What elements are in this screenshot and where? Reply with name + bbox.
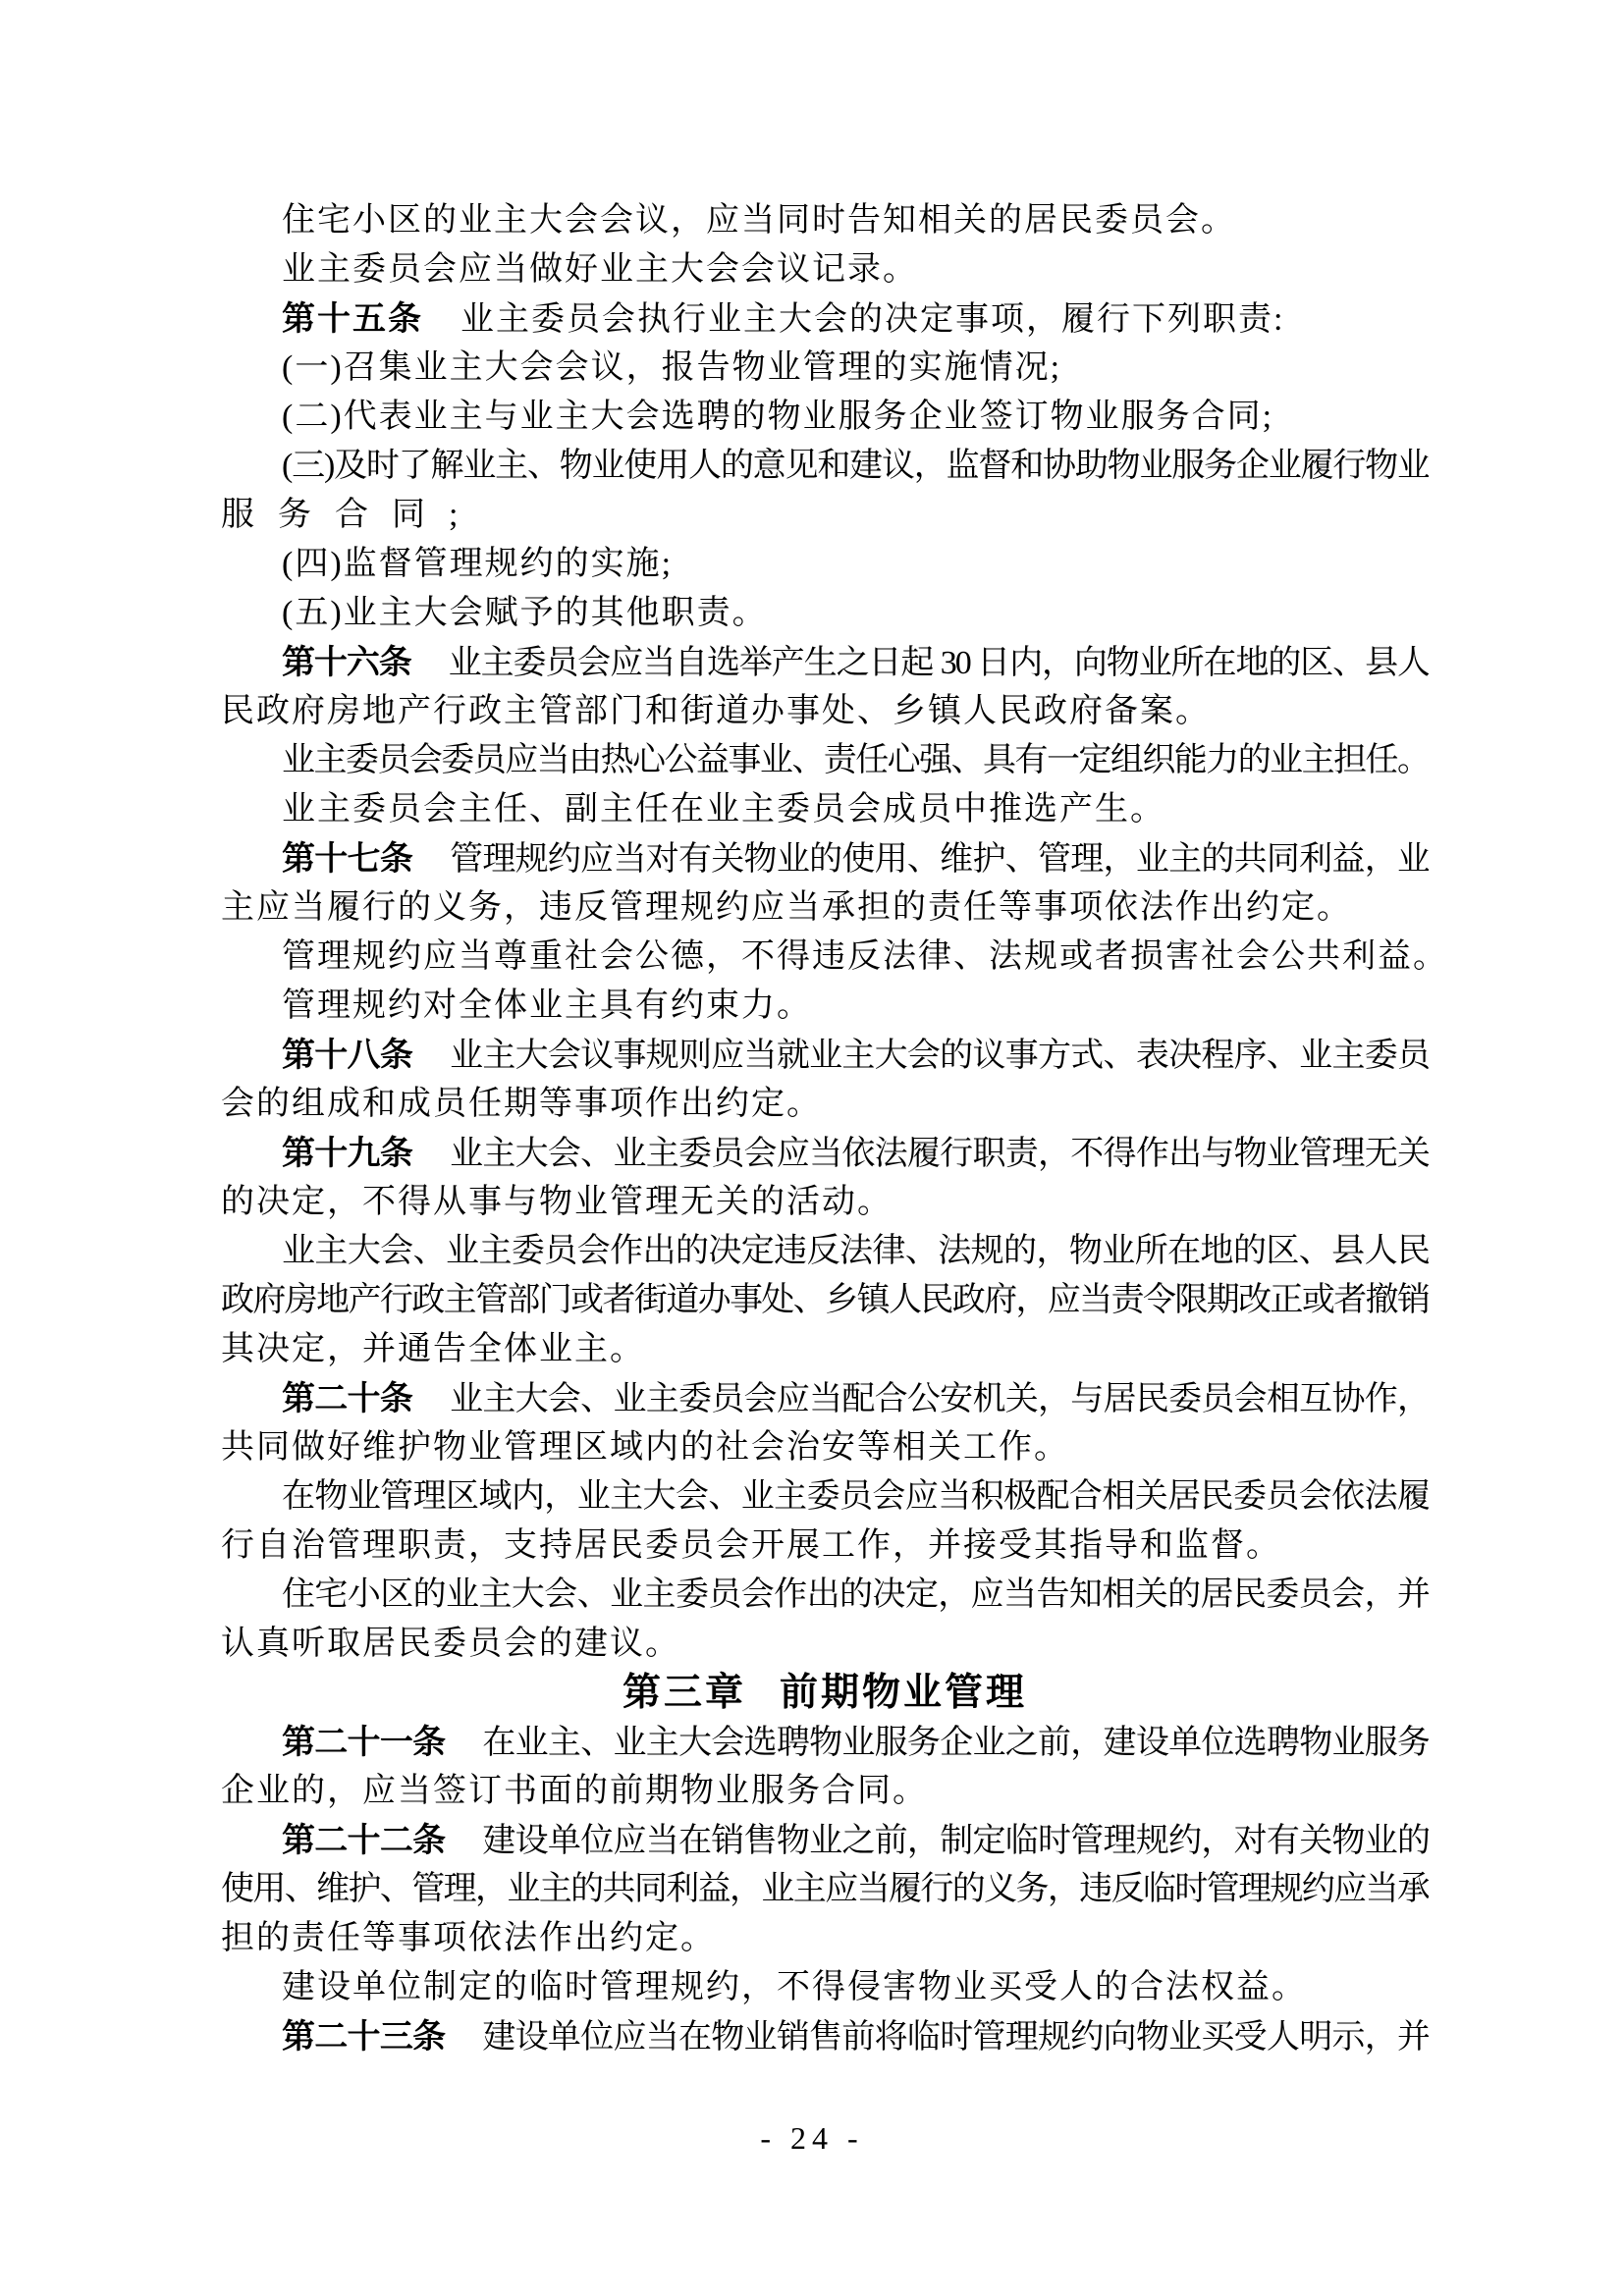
line-text: 业主大会、业主委员会作出的决定违反法律、法规的，物业所在地的区、县人民 (282, 1233, 1429, 1269)
text-line: 第二十一条在业主、业主大会选聘物业服务企业之前，建设单位选聘物业服务 (221, 1718, 1429, 1767)
text-line: 住宅小区的业主大会、业主委员会作出的决定，应当告知相关的居民委员会，并 (221, 1571, 1429, 1620)
text-line: 管理规约应当尊重社会公德，不得违反法律、法规或者损害社会公共利益。 (221, 933, 1429, 982)
line-text: 业主大会、业主委员会应当依法履行职责，不得作出与物业管理无关 (450, 1136, 1429, 1172)
text-line: 第十九条业主大会、业主委员会应当依法履行职责，不得作出与物业管理无关 (221, 1129, 1429, 1178)
line-text: 管理规约应当对有关物业的使用、维护、管理，业主的共同利益，业 (450, 841, 1429, 878)
text-line: 第十七条管理规约应当对有关物业的使用、维护、管理，业主的共同利益，业 (221, 834, 1429, 883)
article-number: 第十七条 (282, 840, 412, 878)
text-line: 认真听取居民委员会的建议。 (221, 1620, 1429, 1669)
article-number: 第二十条 (282, 1380, 412, 1417)
text-line: 第二十二条建设单位应当在销售物业之前，制定临时管理规约，对有关物业的 (221, 1816, 1429, 1865)
article-number: 第十八条 (282, 1037, 412, 1074)
line-text: (四)监督管理规约的实施; (282, 546, 673, 582)
text-line: 第十八条业主大会议事规则应当就业主大会的议事方式、表决程序、业主委员 (221, 1031, 1429, 1080)
text-line: 第二十三条建设单位应当在物业销售前将临时管理规约向物业买受人明示，并 (221, 2012, 1429, 2061)
article-number: 第十五条 (282, 300, 423, 338)
line-text: 在物业管理区域内，业主大会、业主委员会应当积极配合相关居民委员会依法履 (282, 1478, 1429, 1515)
article-number: 第十六条 (282, 644, 411, 681)
line-text: (五)业主大会赋予的其他职责。 (282, 595, 768, 631)
text-line: (二)代表业主与业主大会选聘的物业服务企业签订物业服务合同; (221, 393, 1429, 442)
text-line: 共同做好维护物业管理区域内的社会治安等相关工作。 (221, 1423, 1429, 1472)
text-line: 在物业管理区域内，业主大会、业主委员会应当积极配合相关居民委员会依法履 (221, 1472, 1429, 1522)
text-line: 管理规约对全体业主具有约束力。 (221, 982, 1429, 1031)
line-text: 服务合同; (221, 497, 481, 533)
line-text: 行自治管理职责，支持居民委员会开展工作，并接受其指导和监督。 (221, 1527, 1281, 1564)
line-text: 共同做好维护物业管理区域内的社会治安等相关工作。 (221, 1429, 1069, 1466)
line-text: 管理规约对全体业主具有约束力。 (282, 988, 812, 1024)
line-text: 业主委员会主任、副主任在业主委员会成员中推选产生。 (282, 791, 1165, 828)
line-text: 建设单位应当在销售物业之前，制定临时管理规约，对有关物业的 (482, 1823, 1429, 1859)
text-line: 使用、维护、管理，业主的共同利益，业主应当履行的义务，违反临时管理规约应当承 (221, 1865, 1429, 1914)
text-line: 民政府房地产行政主管部门和街道办事处、乡镇人民政府备案。 (221, 687, 1429, 736)
text-line: (一)召集业主大会会议，报告物业管理的实施情况; (221, 344, 1429, 393)
text-line: (三)及时了解业主、物业使用人的意见和建议，监督和协助物业服务企业履行物业 (221, 442, 1429, 491)
line-text: 其决定，并通告全体业主。 (221, 1331, 645, 1367)
line-text: 业主委员会委员应当由热心公益事业、责任心强、具有一定组织能力的业主担任。 (282, 742, 1429, 778)
line-text: (二)代表业主与业主大会选聘的物业服务企业签订物业服务合同; (282, 399, 1273, 435)
chapter-heading: 第三章前期物业管理 (221, 1669, 1429, 1718)
text-line: (五)业主大会赋予的其他职责。 (221, 589, 1429, 638)
line-text: 认真听取居民委员会的建议。 (221, 1626, 680, 1662)
line-text: 前期物业管理 (780, 1672, 1027, 1714)
line-text: (一)召集业主大会会议，报告物业管理的实施情况; (282, 349, 1061, 386)
text-line: 主应当履行的义务，违反管理规约应当承担的责任等事项依法作出约定。 (221, 883, 1429, 933)
text-line: 会的组成和成员任期等事项作出约定。 (221, 1080, 1429, 1129)
text-line: 业主大会、业主委员会作出的决定违反法律、法规的，物业所在地的区、县人民 (221, 1227, 1429, 1276)
line-text: 民政府房地产行政主管部门和街道办事处、乡镇人民政府备案。 (221, 693, 1211, 729)
text-line: 服务合同; (221, 491, 1429, 540)
line-text: 企业的，应当签订书面的前期物业服务合同。 (221, 1773, 928, 1809)
text-line: 建设单位制定的临时管理规约，不得侵害物业买受人的合法权益。 (221, 1963, 1429, 2012)
line-text: 业主大会议事规则应当就业主大会的议事方式、表决程序、业主委员 (450, 1038, 1429, 1074)
text-line: 担的责任等事项依法作出约定。 (221, 1914, 1429, 1963)
text-line: 其决定，并通告全体业主。 (221, 1325, 1429, 1374)
line-text: 的决定，不得从事与物业管理无关的活动。 (221, 1184, 893, 1220)
line-text: 业主委员会应当自选举产生之日起 30 日内，向物业所在地的区、县人 (449, 645, 1429, 681)
line-text: 管理规约应当尊重社会公德，不得违反法律、法规或者损害社会公共利益。 (282, 938, 1448, 975)
article-number: 第二十二条 (282, 1822, 445, 1859)
text-line: 第二十条业主大会、业主委员会应当配合公安机关，与居民委员会相互协作， (221, 1374, 1429, 1423)
line-text: 业主委员会应当做好业主大会会议记录。 (282, 251, 918, 288)
text-line: 的决定，不得从事与物业管理无关的活动。 (221, 1178, 1429, 1227)
text-line: 企业的，应当签订书面的前期物业服务合同。 (221, 1767, 1429, 1816)
line-text: 住宅小区的业主大会会议，应当同时告知相关的居民委员会。 (282, 202, 1236, 239)
line-text: 担的责任等事项依法作出约定。 (221, 1920, 716, 1956)
line-text: 业主委员会执行业主大会的决定事项，履行下列职责: (460, 301, 1284, 338)
line-text: 住宅小区的业主大会、业主委员会作出的决定，应当告知相关的居民委员会，并 (282, 1576, 1429, 1613)
text-line: (四)监督管理规约的实施; (221, 540, 1429, 589)
line-text: 业主大会、业主委员会应当配合公安机关，与居民委员会相互协作， (450, 1381, 1429, 1417)
text-line: 业主委员会主任、副主任在业主委员会成员中推选产生。 (221, 785, 1429, 834)
article-number: 第二十三条 (282, 2018, 445, 2056)
line-text: (三)及时了解业主、物业使用人的意见和建议，监督和协助物业服务企业履行物业 (282, 448, 1429, 484)
text-line: 政府房地产行政主管部门或者街道办事处、乡镇人民政府，应当责令限期改正或者撤销 (221, 1276, 1429, 1325)
line-text: 会的组成和成员任期等事项作出约定。 (221, 1086, 822, 1122)
line-text: 主应当履行的义务，违反管理规约应当承担的责任等事项依法作出约定。 (221, 889, 1352, 926)
text-line: 第十六条业主委员会应当自选举产生之日起 30 日内，向物业所在地的区、县人 (221, 638, 1429, 687)
text-line: 住宅小区的业主大会会议，应当同时告知相关的居民委员会。 (221, 196, 1429, 245)
line-text: 建设单位应当在物业销售前将临时管理规约向物业买受人明示，并 (482, 2019, 1429, 2056)
text-line: 行自治管理职责，支持居民委员会开展工作，并接受其指导和监督。 (221, 1522, 1429, 1571)
article-number: 第十九条 (282, 1135, 412, 1172)
text-line: 第十五条业主委员会执行业主大会的决定事项，履行下列职责: (221, 294, 1429, 344)
line-text: 建设单位制定的临时管理规约，不得侵害物业买受人的合法权益。 (282, 1969, 1307, 2005)
text-block: 住宅小区的业主大会会议，应当同时告知相关的居民委员会。业主委员会应当做好业主大会… (221, 196, 1429, 2061)
line-text: 在业主、业主大会选聘物业服务企业之前，建设单位选聘物业服务 (482, 1725, 1429, 1761)
text-line: 业主委员会应当做好业主大会会议记录。 (221, 245, 1429, 294)
page-number: - 24 - (0, 2120, 1624, 2157)
line-text: 使用、维护、管理，业主的共同利益，业主应当履行的义务，违反临时管理规约应当承 (221, 1871, 1429, 1907)
text-line: 业主委员会委员应当由热心公益事业、责任心强、具有一定组织能力的业主担任。 (221, 736, 1429, 785)
document-page: 住宅小区的业主大会会议，应当同时告知相关的居民委员会。业主委员会应当做好业主大会… (0, 0, 1624, 2296)
article-number: 第三章 (623, 1672, 746, 1714)
article-number: 第二十一条 (282, 1724, 445, 1761)
line-text: 政府房地产行政主管部门或者街道办事处、乡镇人民政府，应当责令限期改正或者撤销 (221, 1282, 1429, 1318)
